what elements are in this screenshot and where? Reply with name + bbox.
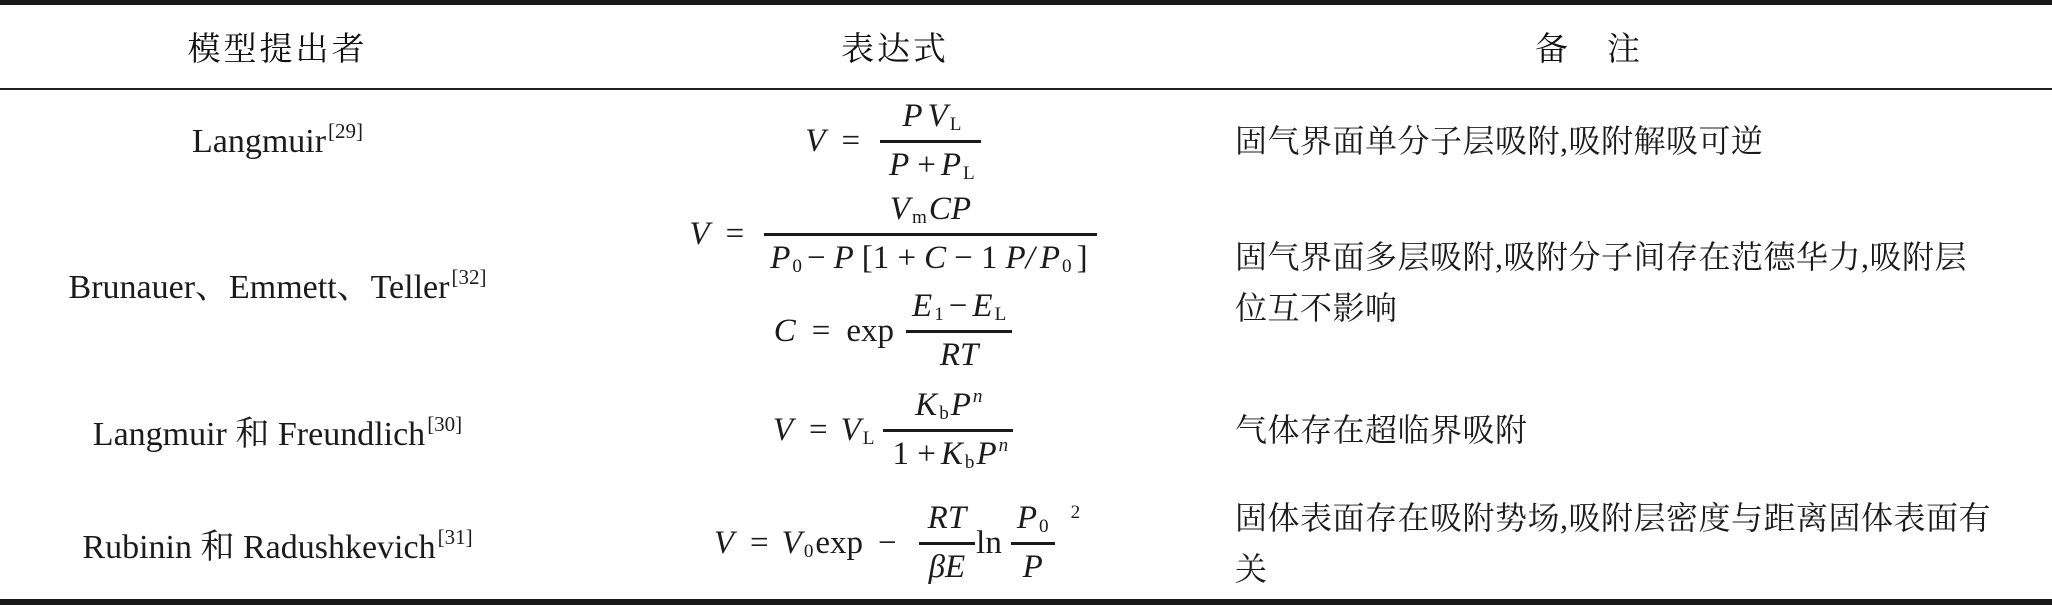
reference-superscript: [30]	[427, 412, 462, 436]
proposer-cell: Brunauer、Emmett、Teller[32]	[0, 259, 555, 308]
proposer-name: Langmuir 和 Freundlich[30]	[93, 406, 462, 455]
proposer-name: Rubinin 和 Radushkevich[31]	[82, 519, 472, 568]
formula-var: CP	[929, 191, 971, 229]
formula-var: P	[941, 147, 961, 185]
formula-var: P	[902, 98, 922, 136]
ln-operator: ln	[976, 525, 1002, 562]
expression-cell: V = P VL P + PL	[555, 98, 1235, 185]
formula-var: V	[805, 123, 825, 160]
formula-var: V	[782, 525, 802, 562]
formula-var: P/	[1006, 240, 1035, 278]
exp-operator: exp	[815, 525, 863, 562]
subscript: 0	[1062, 256, 1072, 278]
subscript: L	[950, 114, 962, 136]
expression-cell: V = V0 exp − RT βE ln P0	[555, 500, 1235, 587]
col-header-proposer: 模型提出者	[0, 23, 555, 70]
reference-superscript: [31]	[438, 525, 473, 549]
formula-var: RT	[928, 500, 967, 538]
fraction-denominator: P	[1014, 549, 1052, 587]
fraction-bar	[883, 429, 1013, 432]
formula-var: V	[890, 191, 910, 229]
reference-superscript: [32]	[451, 265, 486, 289]
subscript: 1	[934, 304, 944, 326]
minus-sign: −	[878, 525, 897, 562]
subscript: m	[912, 207, 927, 229]
proposer-name: Langmuir[29]	[192, 123, 363, 161]
formula-bet-constant: C = exp E1 − EL RT	[770, 288, 1021, 375]
proposer-name: Brunauer、Emmett、Teller[32]	[69, 259, 487, 308]
formula-var: V	[714, 525, 734, 562]
fraction-denominator: βE	[920, 549, 975, 587]
proposer-cell: Langmuir[29]	[0, 123, 555, 161]
formula-var: C	[774, 313, 796, 350]
proposer-cell: Langmuir 和 Freundlich[30]	[0, 406, 555, 455]
minus-sign: −	[807, 240, 826, 278]
reference-superscript: [29]	[328, 119, 363, 143]
minus-sign: −	[949, 288, 968, 326]
fraction-bar	[906, 330, 1012, 333]
fraction-denominator: P + PL	[880, 147, 981, 185]
subscript: L	[995, 304, 1007, 326]
formula-var: P	[889, 147, 909, 185]
formula-var: V	[773, 412, 793, 449]
fraction-numerator: E1 − EL	[906, 288, 1012, 326]
col-header-remark: 备 注	[1235, 23, 2052, 70]
fraction-numerator: RT	[919, 500, 976, 538]
formula-var: P	[770, 240, 790, 278]
minus-one: − 1	[954, 240, 997, 278]
formula-var: E	[972, 288, 992, 326]
formula-langmuir: V = P VL P + PL	[801, 98, 988, 185]
formula-var: P	[834, 240, 854, 278]
adsorption-models-table: 模型提出者 表达式 备 注 Langmuir[29] V = P VL P	[0, 0, 2052, 605]
subscript: 0	[1039, 516, 1049, 538]
fraction-numerator: P VL	[893, 98, 967, 136]
table-row: Brunauer、Emmett、Teller[32] V = VmCP P0 −…	[0, 193, 2052, 373]
fraction-denominator: RT	[931, 337, 988, 375]
remark-cell: 固体表面存在吸附势场,吸附层密度与距离固体表面有关	[1235, 493, 2052, 594]
formula-var: K	[941, 436, 963, 474]
subscript: L	[863, 428, 875, 450]
formula-var: K	[915, 387, 937, 425]
superscript: n	[999, 435, 1009, 457]
fraction-bar	[1011, 542, 1055, 545]
formula-var: E	[912, 288, 932, 326]
fraction-numerator: Kb Pn	[909, 387, 987, 425]
fraction-denominator: P0 − P [1 + C − 1 P/ P0 ]	[764, 240, 1096, 278]
superscript: n	[973, 386, 983, 408]
formula-var: RT	[940, 337, 979, 375]
fraction-denominator: 1 + Kb Pn	[883, 436, 1013, 474]
one-plus: 1 +	[892, 436, 935, 474]
fraction: VmCP P0 − P [1 + C − 1 P/ P0 ]	[764, 191, 1096, 278]
fraction-numerator: VmCP	[884, 191, 977, 229]
fraction: E1 − EL RT	[906, 288, 1012, 375]
subscript: 0	[804, 541, 814, 563]
fraction-bar	[919, 542, 976, 545]
formula-var: βE	[929, 549, 966, 587]
formula-var: C	[924, 240, 946, 278]
formula-var: P	[1040, 240, 1060, 278]
table-row: Rubinin 和 Radushkevich[31] V = V0 exp − …	[0, 488, 2052, 599]
proposer-cell: Rubinin 和 Radushkevich[31]	[0, 519, 555, 568]
squared-superscript: 2	[1071, 502, 1081, 524]
fraction: P0 P	[1011, 500, 1055, 587]
expression-cell: V = VmCP P0 − P [1 + C − 1 P/ P	[555, 191, 1235, 375]
equals-sign: =	[726, 216, 745, 253]
subscript: b	[939, 403, 949, 425]
formula-langmuir-freundlich: V = VL Kb Pn 1 + Kb Pn	[769, 387, 1021, 474]
fraction-bar	[880, 140, 981, 143]
remark-cell: 气体存在超临界吸附	[1235, 405, 2052, 456]
plus-sign: +	[917, 147, 936, 185]
equals-sign: =	[809, 412, 828, 449]
bracket-close: ]	[1077, 240, 1088, 278]
equals-sign: =	[841, 123, 860, 160]
table-row: Langmuir[29] V = P VL P + PL	[0, 90, 2052, 193]
fraction-numerator: P0	[1011, 500, 1055, 538]
exp-operator: exp	[846, 313, 894, 350]
subscript: b	[965, 452, 975, 474]
formula-var: V	[928, 98, 948, 136]
subscript: 0	[792, 256, 802, 278]
formula-var: P	[1023, 549, 1043, 587]
remark-cell: 固气界面多层吸附,吸附分子间存在范德华力,吸附层位互不影响	[1235, 232, 2052, 333]
formula-var: V	[841, 412, 861, 449]
formula-var: P	[976, 436, 996, 474]
expression-cell: V = VL Kb Pn 1 + Kb Pn	[555, 387, 1235, 474]
col-header-expression: 表达式	[555, 23, 1235, 70]
formula-dubinin-radushkevich: V = V0 exp − RT βE ln P0	[710, 500, 1080, 587]
bracket-open: [1 +	[862, 240, 916, 278]
fraction: RT βE	[919, 500, 976, 587]
remark-cell: 固气界面单分子层吸附,吸附解吸可逆	[1235, 116, 2052, 167]
table-row: Langmuir 和 Freundlich[30] V = VL Kb Pn 1…	[0, 373, 2052, 488]
equals-sign: =	[812, 313, 831, 350]
fraction-bar	[764, 233, 1096, 236]
fraction: P VL P + PL	[880, 98, 981, 185]
formula-var: V	[689, 216, 709, 253]
formula-var: P	[951, 387, 971, 425]
table-header-row: 模型提出者 表达式 备 注	[0, 5, 2052, 90]
equals-sign: =	[750, 525, 769, 562]
subscript: L	[963, 163, 975, 185]
formula-var: P	[1017, 500, 1037, 538]
fraction: Kb Pn 1 + Kb Pn	[883, 387, 1013, 474]
formula-bet-isotherm: V = VmCP P0 − P [1 + C − 1 P/ P	[685, 191, 1104, 278]
